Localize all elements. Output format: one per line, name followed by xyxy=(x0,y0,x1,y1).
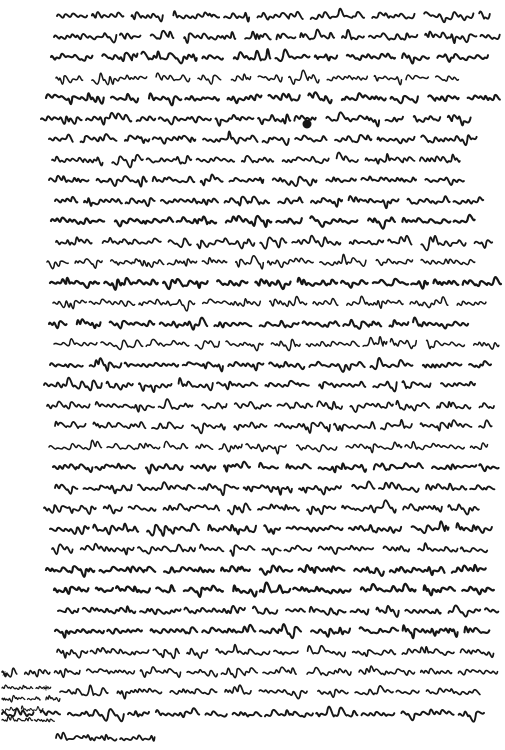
handwriting-line xyxy=(2,666,497,678)
handwriting-line xyxy=(53,462,499,474)
handwriting-line xyxy=(58,605,498,616)
handwriting-line xyxy=(50,358,491,372)
handwriting-line xyxy=(47,399,494,412)
handwriting-line xyxy=(60,685,480,699)
handwriting-line xyxy=(52,152,460,167)
handwriting-line xyxy=(50,277,501,289)
handwriting-line xyxy=(53,296,486,311)
handwriting-line xyxy=(56,733,155,741)
handwriting-line xyxy=(51,215,475,229)
handwriting-line xyxy=(49,175,464,187)
handwriting-line xyxy=(56,236,492,251)
handwriting-line xyxy=(47,254,475,269)
handwriting-line xyxy=(50,521,492,535)
handwriting-line xyxy=(56,70,458,84)
handwriting-line xyxy=(55,624,489,638)
manuscript-page: ** xyxy=(0,0,505,750)
handwriting-line xyxy=(55,196,483,208)
handwriting-line xyxy=(54,30,500,43)
handwriting-line xyxy=(49,132,477,146)
handwriting-line xyxy=(41,112,471,126)
ink-blot xyxy=(303,120,312,129)
handwriting-line xyxy=(49,318,468,330)
margin-note-line xyxy=(2,716,54,721)
handwriting-line xyxy=(54,583,494,597)
handwriting-line xyxy=(44,500,479,514)
handwriting-line xyxy=(46,565,486,577)
handwriting-line xyxy=(46,92,500,105)
margin-note-line xyxy=(2,695,60,702)
handwriting-line xyxy=(49,440,487,454)
handwriting-line xyxy=(2,707,484,722)
asterisk-marker: * xyxy=(43,683,49,697)
handwriting-svg: ** xyxy=(0,0,505,750)
asterisk-marker: * xyxy=(2,669,8,683)
handwriting-line xyxy=(52,543,487,556)
handwriting-line xyxy=(44,378,475,392)
handwriting-line xyxy=(57,9,490,23)
handwriting-line xyxy=(55,420,492,433)
handwriting-line xyxy=(55,481,494,495)
handwriting-line xyxy=(51,49,488,63)
handwriting-line xyxy=(57,645,494,659)
handwriting-line xyxy=(54,337,499,351)
